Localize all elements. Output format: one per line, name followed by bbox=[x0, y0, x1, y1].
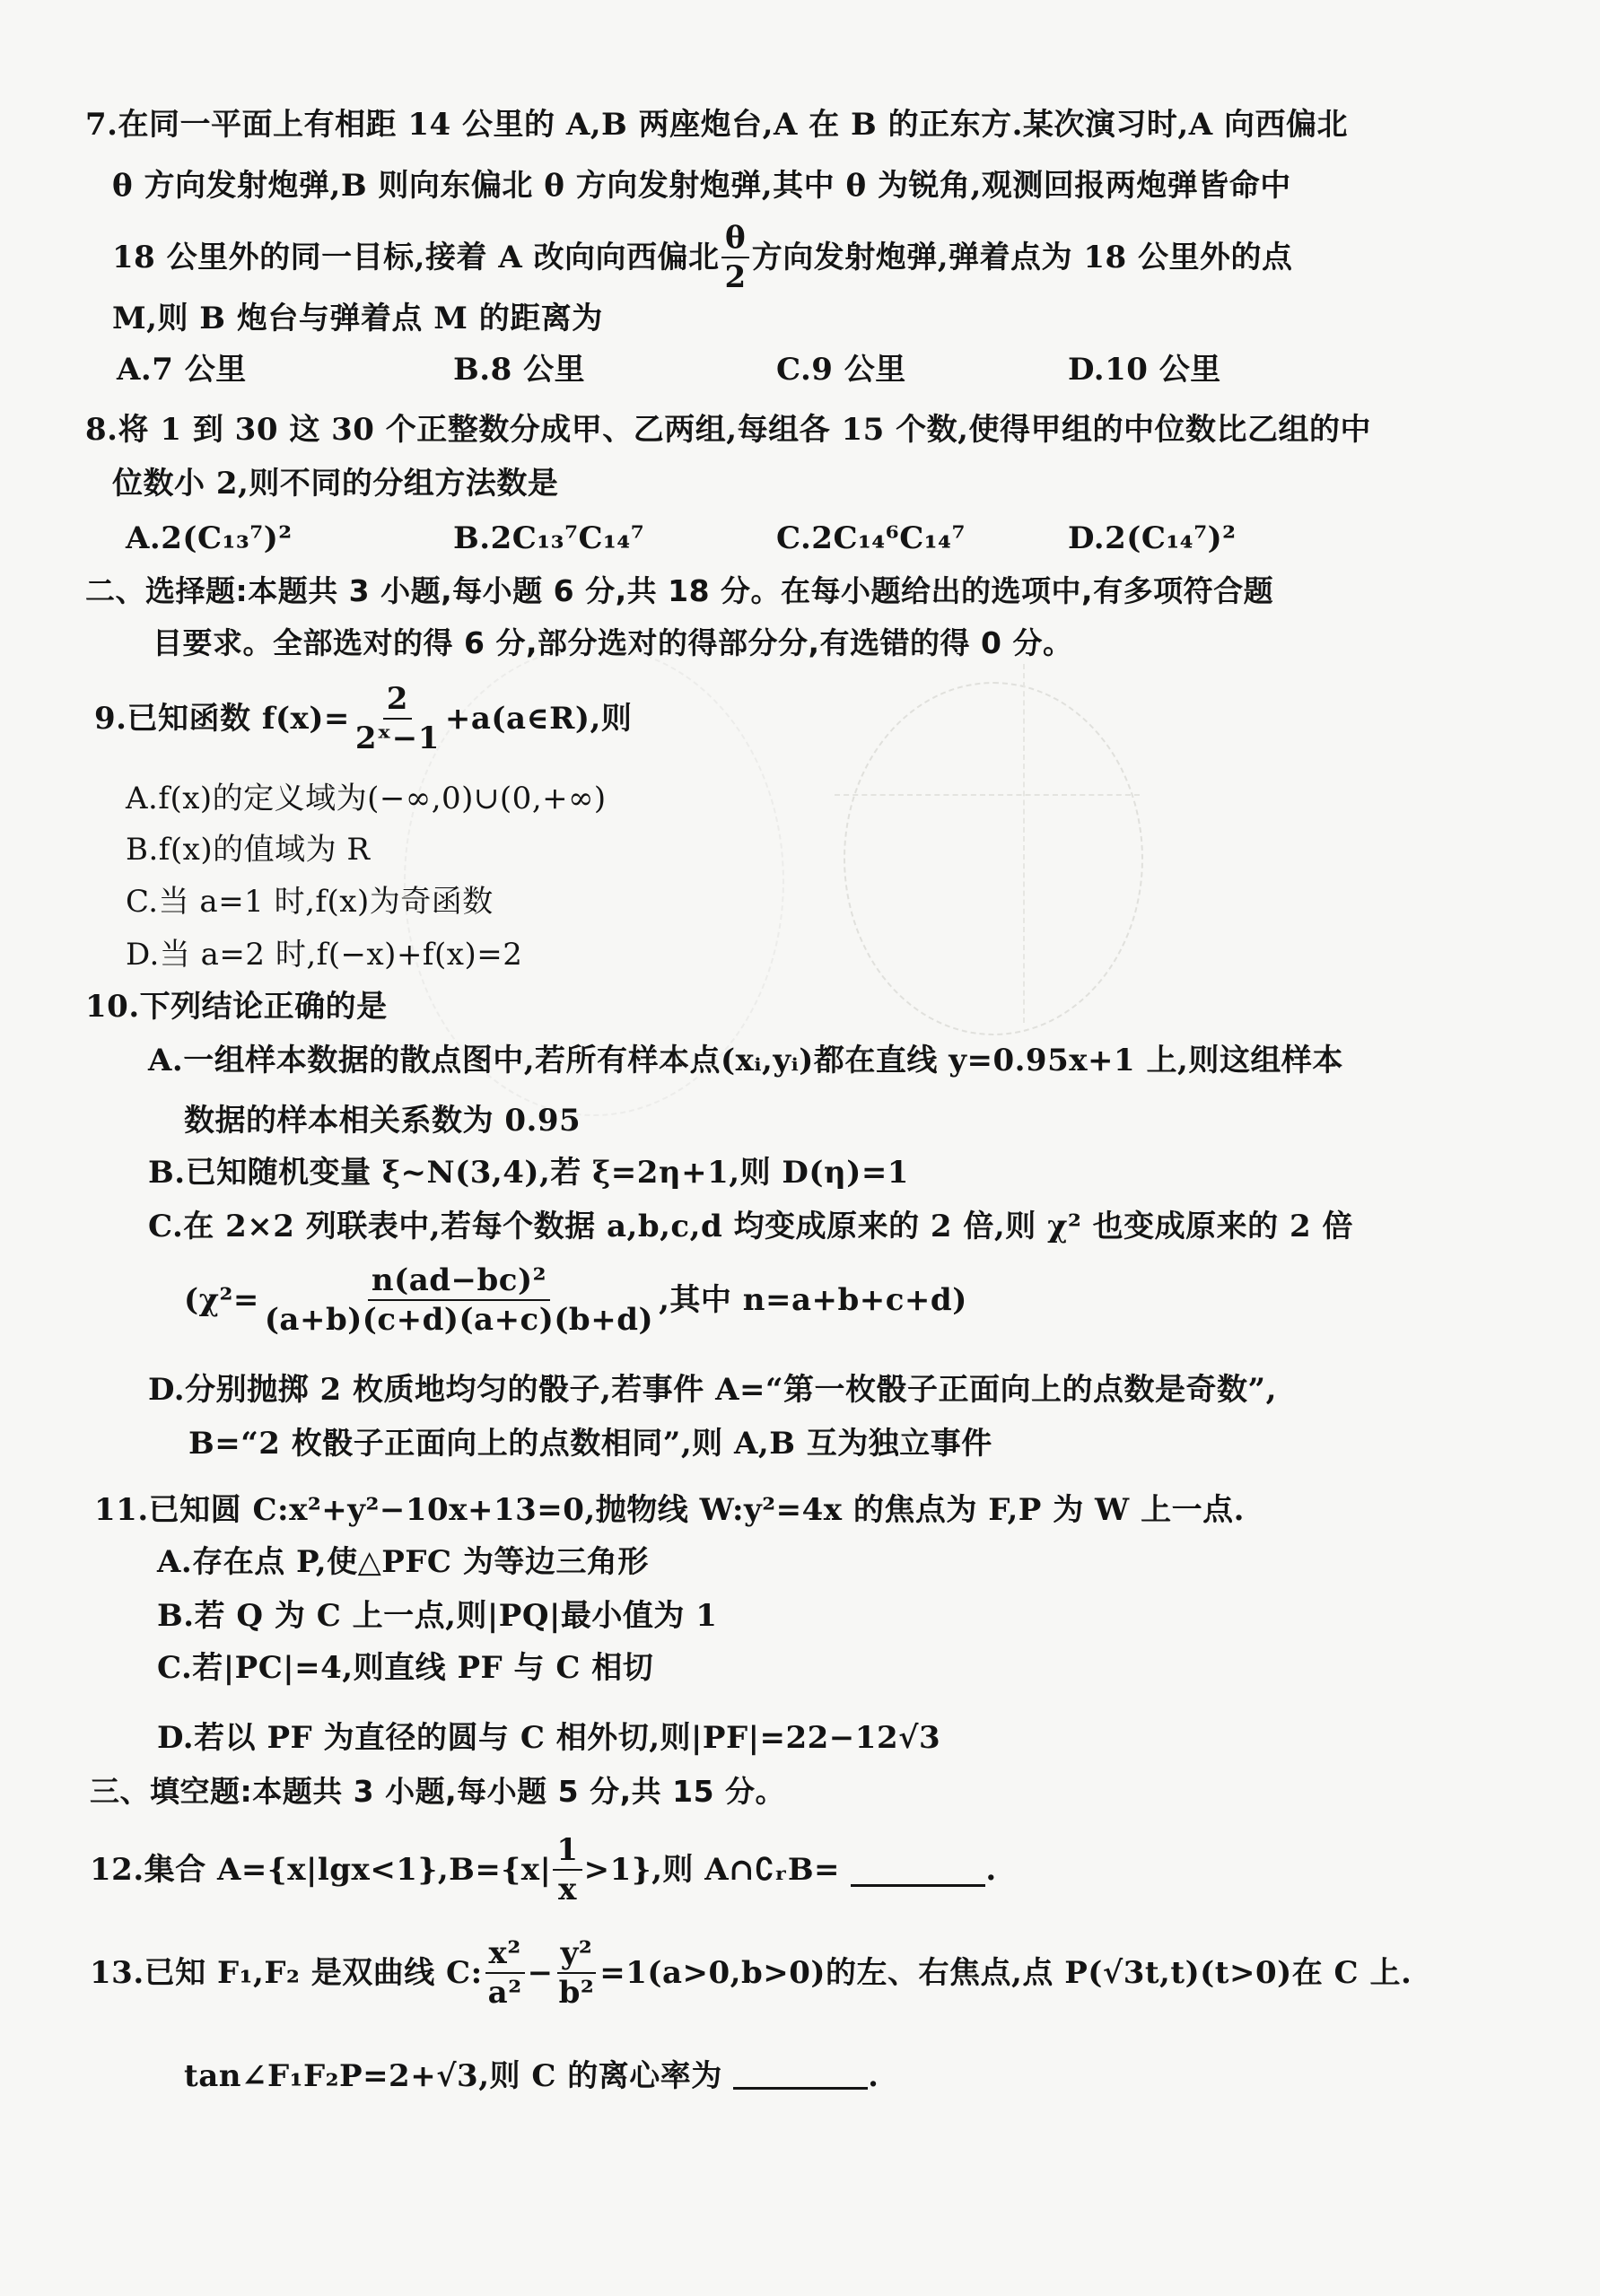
q7-option-c[interactable]: C.9 公里 bbox=[776, 354, 906, 385]
chi-square-label: (χ²= bbox=[184, 1282, 259, 1318]
q10-option-a-line-1[interactable]: A.一组样本数据的散点图中,若所有样本点(xᵢ,yᵢ)都在直线 y=0.95x+… bbox=[148, 1045, 1343, 1076]
fraction-numerator: n(ad−bc)² bbox=[368, 1265, 550, 1301]
q13-fraction-y: y²b² bbox=[555, 1938, 599, 2008]
q13-answer-blank[interactable] bbox=[733, 2060, 868, 2090]
q7-option-b[interactable]: B.8 公里 bbox=[453, 354, 585, 385]
q7-line-4: M,则 B 炮台与弹着点 M 的距离为 bbox=[112, 303, 603, 334]
q12-post: >1},则 A∩∁ᵣB= bbox=[584, 1852, 840, 1888]
q12-pre: 12.集合 A={x|lgx<1},B={x| bbox=[90, 1852, 551, 1888]
q9-option-c[interactable]: C.当 a=1 时,f(x)为奇函数 bbox=[126, 886, 494, 917]
q8-option-a[interactable]: A.2(C₁₃⁷)² bbox=[126, 523, 293, 554]
fraction-numerator: θ bbox=[721, 223, 749, 258]
q12-answer-blank[interactable] bbox=[851, 1854, 985, 1887]
q9-stem-post: +a(a∈R),则 bbox=[445, 701, 632, 737]
q8-option-d[interactable]: D.2(C₁₄⁷)² bbox=[1068, 523, 1237, 554]
q11-option-d[interactable]: D.若以 PF 为直径的圆与 C 相外切,则|PF|=22−12√3 bbox=[157, 1723, 940, 1753]
q12-fraction: 1x bbox=[553, 1835, 581, 1905]
chi-square-fraction: n(ad−bc)²(a+b)(c+d)(a+c)(b+d) bbox=[261, 1265, 657, 1335]
q11-option-b[interactable]: B.若 Q 为 C 上一点,则|PQ|最小值为 1 bbox=[157, 1601, 717, 1631]
q13-pre: 13.已知 F₁,F₂ 是双曲线 C: bbox=[90, 1955, 483, 1991]
q13-fraction-x: x²a² bbox=[485, 1938, 526, 2008]
q10-option-a-line-2: 数据的样本相关系数为 0.95 bbox=[184, 1105, 581, 1136]
q10-option-d-line-2: B=“2 枚骰子正面向上的点数相同”,则 A,B 互为独立事件 bbox=[188, 1428, 992, 1459]
fraction-denominator: a² bbox=[485, 1974, 526, 2008]
q9-fraction: 22ˣ−1 bbox=[352, 684, 443, 754]
q10-option-b[interactable]: B.已知随机变量 ξ~N(3,4),若 ξ=2η+1,则 D(η)=1 bbox=[148, 1157, 909, 1188]
fraction-denominator: (a+b)(c+d)(a+c)(b+d) bbox=[261, 1301, 657, 1335]
fraction-numerator: y² bbox=[557, 1938, 597, 1974]
q8-option-c[interactable]: C.2C₁₄⁶C₁₄⁷ bbox=[776, 523, 966, 554]
q9-option-b[interactable]: B.f(x)的值域为 R bbox=[126, 834, 371, 865]
q7-line-3-pre: 18 公里外的同一目标,接着 A 改向向西偏北 bbox=[112, 240, 720, 275]
q11-stem: 11.已知圆 C:x²+y²−10x+13=0,抛物线 W:y²=4x 的焦点为… bbox=[94, 1495, 1245, 1525]
q12-end: . bbox=[985, 1852, 996, 1888]
q13-end: . bbox=[868, 2058, 879, 2094]
fraction-denominator: 2ˣ−1 bbox=[352, 720, 443, 754]
bleed-through-line bbox=[1023, 664, 1025, 1023]
q7-theta-half-fraction: θ2 bbox=[721, 223, 750, 292]
q9-option-d[interactable]: D.当 a=2 时,f(−x)+f(x)=2 bbox=[126, 939, 522, 970]
fraction-denominator: 2 bbox=[721, 258, 750, 292]
bleed-through-line bbox=[835, 794, 1140, 796]
q7-line-3-post: 方向发射炮弹,弹着点为 18 公里外的点 bbox=[752, 240, 1293, 275]
q9-stem: 9.已知函数 f(x)=22ˣ−1+a(a∈R),则 bbox=[94, 684, 632, 754]
q13-line-2-text: tan∠F₁F₂P=2+√3,则 C 的离心率为 bbox=[184, 2058, 722, 2094]
q10-stem: 10.下列结论正确的是 bbox=[85, 991, 388, 1022]
fraction-numerator: x² bbox=[485, 1938, 525, 1974]
q9-stem-pre: 9.已知函数 f(x)= bbox=[94, 701, 350, 737]
q13-post: =1(a>0,b>0)的左、右焦点,点 P(√3t,t)(t>0)在 C 上. bbox=[599, 1955, 1412, 1991]
q10-option-c-formula: (χ²=n(ad−bc)²(a+b)(c+d)(a+c)(b+d),其中 n=a… bbox=[184, 1265, 967, 1335]
q12-stem: 12.集合 A={x|lgx<1},B={x|1x>1},则 A∩∁ᵣB= . bbox=[90, 1835, 997, 1905]
q11-option-a[interactable]: A.存在点 P,使△PFC 为等边三角形 bbox=[157, 1547, 649, 1577]
fraction-numerator: 2 bbox=[383, 684, 412, 720]
fraction-denominator: x bbox=[555, 1871, 581, 1905]
q9-option-a[interactable]: A.f(x)的定义域为(−∞,0)∪(0,+∞) bbox=[126, 783, 607, 814]
q13-minus: − bbox=[528, 1955, 554, 1991]
q7-option-d[interactable]: D.10 公里 bbox=[1068, 354, 1221, 385]
q8-line-1: 8.将 1 到 30 这 30 个正整数分成甲、乙两组,每组各 15 个数,使得… bbox=[85, 415, 1371, 445]
chi-square-note: ,其中 n=a+b+c+d) bbox=[659, 1282, 967, 1318]
fraction-numerator: 1 bbox=[553, 1835, 581, 1871]
q11-option-c[interactable]: C.若|PC|=4,则直线 PF 与 C 相切 bbox=[157, 1653, 653, 1683]
q10-option-d-line-1[interactable]: D.分别抛掷 2 枚质地均匀的骰子,若事件 A=“第一枚骰子正面向上的点数是奇数… bbox=[148, 1375, 1277, 1405]
fraction-denominator: b² bbox=[555, 1974, 599, 2008]
q13-line-1: 13.已知 F₁,F₂ 是双曲线 C:x²a²−y²b²=1(a>0,b>0)的… bbox=[90, 1938, 1412, 2008]
section-2-heading-line-2: 目要求。全部选对的得 6 分,部分选对的得部分分,有选错的得 0 分。 bbox=[153, 628, 1072, 658]
section-2-heading-line-1: 二、选择题:本题共 3 小题,每小题 6 分,共 18 分。在每小题给出的选项中… bbox=[85, 576, 1273, 606]
q10-option-c-line-1[interactable]: C.在 2×2 列联表中,若每个数据 a,b,c,d 均变成原来的 2 倍,则 … bbox=[148, 1211, 1353, 1242]
bleed-through-circle bbox=[844, 682, 1143, 1035]
q7-line-1: 7.在同一平面上有相距 14 公里的 A,B 两座炮台,A 在 B 的正东方.某… bbox=[85, 109, 1348, 140]
q7-line-3: 18 公里外的同一目标,接着 A 改向向西偏北θ2方向发射炮弹,弹着点为 18 … bbox=[112, 223, 1293, 292]
q7-option-a[interactable]: A.7 公里 bbox=[117, 354, 247, 385]
q13-line-2: tan∠F₁F₂P=2+√3,则 C 的离心率为 . bbox=[184, 2060, 879, 2091]
section-3-heading: 三、填空题:本题共 3 小题,每小题 5 分,共 15 分。 bbox=[90, 1777, 785, 1806]
q8-line-2: 位数小 2,则不同的分组方法数是 bbox=[112, 468, 558, 499]
q7-line-2: θ 方向发射炮弹,B 则向东偏北 θ 方向发射炮弹,其中 θ 为锐角,观测回报两… bbox=[112, 170, 1291, 201]
q8-option-b[interactable]: B.2C₁₃⁷C₁₄⁷ bbox=[453, 523, 644, 554]
